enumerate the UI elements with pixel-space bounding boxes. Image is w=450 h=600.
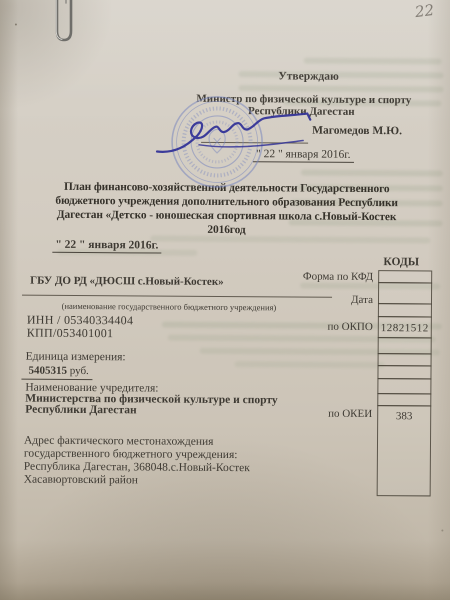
founder-line2: Республики Дагестан [25,404,136,418]
codes-okei-label: по ОКЕИ [328,408,372,420]
org-kpp: КПП/053401001 [27,327,114,341]
address-label-line1: Адрес фактического местонахождения [24,435,214,449]
codes-cell [378,337,432,354]
bleedthrough-line [235,361,385,368]
unit-suffix: руб. [67,365,89,377]
approval-heading: Утверждаю [259,70,359,84]
codes-header: КОДЫ [370,256,432,269]
paper-speck [441,530,443,532]
unit-value-line: 5405315 руб. [21,365,92,380]
bleedthrough-line [238,85,443,92]
doc-title-line4: 2016год [40,223,412,238]
okpo-value: 12821512 [381,322,429,334]
document-page: Утверждаю Министр по физической культуре… [0,0,450,600]
handwritten-signature [147,101,317,158]
codes-form-label: Форма по КФД [303,271,373,283]
doc-title-line2: бюджетного учреждения дополнительного об… [41,195,413,210]
codes-okpo-label: по ОКПО [327,321,372,333]
handwritten-page-number: 22 [414,1,435,21]
unit-value: 5405315 [28,365,67,377]
codes-cell [377,378,431,394]
approval-minister-name: Магомедов М.Ю. [312,125,402,139]
bleedthrough-line [304,58,442,65]
codes-date-label: Дата [351,294,373,306]
doc-title-line3: Дагестан «Детско - юношеская спортивная … [41,209,413,224]
okei-value: 383 [396,410,413,422]
codes-cell-okei: 383 [377,405,432,496]
doc-date: " 22 " января 2016г. [52,239,161,253]
codes-cell-okpo: 12821512 [378,316,432,338]
scanned-document-photo: Утверждаю Министр по физической культуре… [0,0,450,600]
org-name-underline [22,295,332,298]
paper-speck [15,24,17,26]
bleedthrough-line [301,170,443,177]
address-line2: Хасавюртовский район [24,474,138,488]
codes-cell [378,282,432,304]
paperclip-icon [50,0,80,46]
org-name: ГБУ ДО РД «ДЮСШ с.Новый-Костек» [30,275,224,289]
unit-label: Единица измерения: [26,351,126,365]
